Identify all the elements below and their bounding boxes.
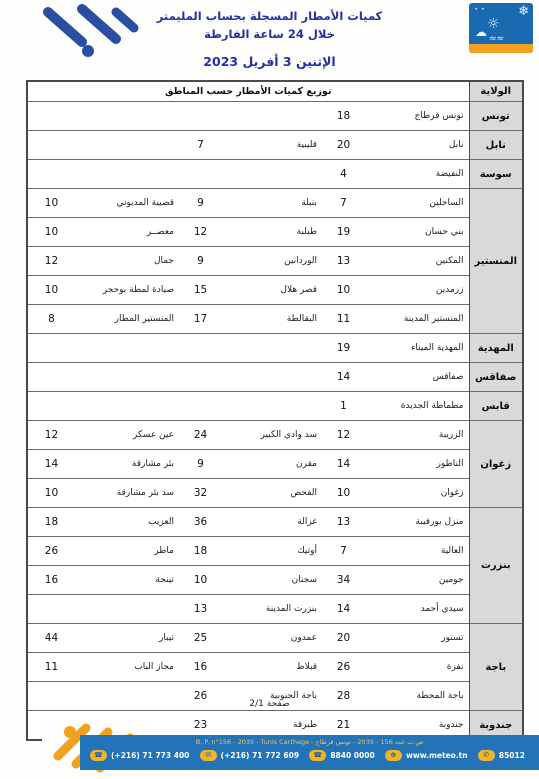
rain-amount: 10 — [27, 218, 75, 247]
governorate-cell: تونس — [469, 102, 523, 131]
footer-contact-phone1: ☎ (+216) 71 773 400 — [90, 750, 189, 761]
station-name: تستور — [365, 624, 469, 653]
governorate-cell: نابل — [469, 131, 523, 160]
station-name: الناظور — [365, 450, 469, 479]
rain-amount: 12 — [27, 421, 75, 450]
rain-amount: 18 — [322, 102, 365, 131]
rainfall-table: الولاية توزيع كميات الأمطار حسب المناطق … — [26, 80, 524, 741]
station-name — [222, 160, 322, 189]
station-name: المكنين — [365, 247, 469, 276]
station-name — [75, 131, 179, 160]
station-name: أوتيك — [222, 537, 322, 566]
station-name: قبلاط — [222, 653, 322, 682]
station-name — [75, 102, 179, 131]
rain-amount: 11 — [322, 305, 365, 334]
rain-amount: 7 — [322, 189, 365, 218]
region-column-header: الولاية — [469, 81, 523, 102]
sms-icon: ✆ — [478, 750, 495, 761]
station-name: تيبار — [75, 624, 179, 653]
rain-amount: 13 — [322, 247, 365, 276]
rain-amount: 12 — [322, 421, 365, 450]
page: { "page": { "title_line1": "كميات الأمطا… — [0, 0, 539, 779]
ministry-weather-logo: ❄ ⋆ ⋆ ☼ ☁ ≈≈ — [469, 3, 533, 53]
rain-amount: 14 — [322, 450, 365, 479]
governorate-cell: زغوان — [469, 421, 523, 508]
table-row: تونستونس قرطاج18 — [27, 102, 523, 131]
rain-amount — [27, 102, 75, 131]
rain-amount: 36 — [179, 508, 222, 537]
rain-amount: 9 — [179, 247, 222, 276]
rain-amount: 17 — [179, 305, 222, 334]
table-row: المنستيرالساحلين7بنبلة9قصيبة المديوني10 — [27, 189, 523, 218]
station-name: تونس قرطاج — [365, 102, 469, 131]
rain-amount: 18 — [179, 537, 222, 566]
station-name: المهدية الميناء — [365, 334, 469, 363]
station-name: بنزرت المدينة — [222, 595, 322, 624]
station-name: المنستير المطار — [75, 305, 179, 334]
station-name: بنبلة — [222, 189, 322, 218]
table-header-row: الولاية توزيع كميات الأمطار حسب المناطق — [27, 81, 523, 102]
station-name: الزريبة — [365, 421, 469, 450]
rain-amount: 16 — [27, 566, 75, 595]
station-name: البقالطة — [222, 305, 322, 334]
rain-amount: 12 — [179, 218, 222, 247]
footer-contact-website-text: www.meteo.tn — [406, 751, 468, 760]
rain-amount: 26 — [27, 537, 75, 566]
table-row: زغوان10الفحص32سد بئر مشارقة10 — [27, 479, 523, 508]
rain-amount: 13 — [322, 508, 365, 537]
rain-amount: 8 — [27, 305, 75, 334]
rain-amount: 19 — [322, 218, 365, 247]
station-name: العالية — [365, 537, 469, 566]
governorate-cell: قابس — [469, 392, 523, 421]
station-name: منزل بورقيبة — [365, 508, 469, 537]
footer-contact-bar: ص.ب عدد 156 - 2035 - تونس قرطاج - B. P. … — [80, 735, 539, 770]
footer-contact-phone1-text: (+216) 71 773 400 — [111, 751, 189, 760]
rain-amount: 1 — [322, 392, 365, 421]
rain-amount: 10 — [27, 189, 75, 218]
rain-amount: 9 — [179, 189, 222, 218]
rain-amount: 9 — [179, 450, 222, 479]
station-name: صيادة لمطة بوحجر — [75, 276, 179, 305]
station-name: زرمدين — [365, 276, 469, 305]
rain-amount — [27, 131, 75, 160]
rain-amount: 12 — [27, 247, 75, 276]
governorate-cell: باجة — [469, 624, 523, 711]
governorate-cell: صفاقس — [469, 363, 523, 392]
station-name: قليبية — [222, 131, 322, 160]
rain-amount: 7 — [322, 537, 365, 566]
station-name: ماطر — [75, 537, 179, 566]
rain-amount: 34 — [322, 566, 365, 595]
rain-amount — [179, 392, 222, 421]
station-name: زغوان — [365, 479, 469, 508]
rain-amount: 24 — [179, 421, 222, 450]
station-name: قصر هلال — [222, 276, 322, 305]
rain-amount: 26 — [322, 653, 365, 682]
rain-amount: 16 — [179, 653, 222, 682]
rain-amount: 25 — [179, 624, 222, 653]
rain-amount: 15 — [179, 276, 222, 305]
report-title: كميات الأمطار المسجلة بحساب المليمتر خلا… — [150, 8, 389, 44]
station-name — [75, 363, 179, 392]
station-name: المنستير المدينة — [365, 305, 469, 334]
station-name: صفاقس — [365, 363, 469, 392]
rain-amount — [27, 595, 75, 624]
rain-amount: 13 — [179, 595, 222, 624]
footer-contact-callcenter-text: 8840 0000 — [330, 751, 374, 760]
report-title-line1: كميات الأمطار المسجلة بحساب المليمتر — [150, 8, 389, 26]
table-row: سوسةالنفيضة4 — [27, 160, 523, 189]
station-name: نفزة — [365, 653, 469, 682]
sun-icon: ☼ — [487, 16, 500, 32]
station-name: النفيضة — [365, 160, 469, 189]
rain-amount: 14 — [322, 363, 365, 392]
rain-amount: 4 — [322, 160, 365, 189]
footer-contact-website: ⊕ www.meteo.tn — [385, 750, 468, 761]
rain-amount: 10 — [179, 566, 222, 595]
rain-amount: 18 — [27, 508, 75, 537]
station-name: بئر مشارقة — [75, 450, 179, 479]
governorate-cell: بنزرت — [469, 508, 523, 624]
rain-amount — [27, 160, 75, 189]
station-name: الساحلين — [365, 189, 469, 218]
report-date: الإثنين 3 أفريل 2023 — [0, 54, 539, 69]
cloud-icon: ☁ — [475, 25, 487, 39]
rain-amount: 20 — [322, 624, 365, 653]
table-row: بنزرتمنزل بورقيبة13غزالة36العزيب18 — [27, 508, 523, 537]
table-row: باجةتستور20عمدون25تيبار44 — [27, 624, 523, 653]
table-row: صفاقسصفاقس14 — [27, 363, 523, 392]
table-row: بني حسان19طبلبة12معصــر10 — [27, 218, 523, 247]
page-number: صفحة 2/1 — [0, 699, 539, 709]
table-row: المكنين13الوردانين9جمال12 — [27, 247, 523, 276]
rain-amount: 19 — [322, 334, 365, 363]
station-name: العزيب — [75, 508, 179, 537]
rain-amount: 7 — [179, 131, 222, 160]
station-name: سد بئر مشارقة — [75, 479, 179, 508]
rain-amount: 10 — [27, 479, 75, 508]
station-name — [75, 392, 179, 421]
rain-amount: 10 — [27, 276, 75, 305]
rain-amount: 14 — [322, 595, 365, 624]
station-name: مجاز الباب — [75, 653, 179, 682]
station-name: مقرن — [222, 450, 322, 479]
rain-amount: 44 — [27, 624, 75, 653]
rain-amount — [179, 363, 222, 392]
rain-amount — [27, 363, 75, 392]
footer-contact-callcenter: ☎ 8840 0000 — [309, 750, 374, 761]
station-name: الفحص — [222, 479, 322, 508]
station-name: طبلبة — [222, 218, 322, 247]
station-name — [222, 392, 322, 421]
table-row: المهديةالمهدية الميناء19 — [27, 334, 523, 363]
footer-contact-fax-text: (+216) 71 772 609 — [221, 751, 299, 760]
station-name — [222, 102, 322, 131]
inm-lines-logo-graphic — [30, 4, 150, 59]
governorate-cell: المنستير — [469, 189, 523, 334]
station-name: سيدي أحمد — [365, 595, 469, 624]
rain-amount: 14 — [27, 450, 75, 479]
station-name: معصــر — [75, 218, 179, 247]
station-name — [75, 595, 179, 624]
station-name: مطماطة الجديدة — [365, 392, 469, 421]
station-name — [75, 160, 179, 189]
station-name: عمدون — [222, 624, 322, 653]
rain-amount: 32 — [179, 479, 222, 508]
station-name: جومين — [365, 566, 469, 595]
station-name — [222, 334, 322, 363]
station-name: غزالة — [222, 508, 322, 537]
table-row: نابلنابل20قليبية7 — [27, 131, 523, 160]
star-icon: ⋆ ⋆ — [474, 5, 485, 13]
station-name — [222, 363, 322, 392]
rain-amount — [179, 334, 222, 363]
rain-table-body: تونستونس قرطاج18نابلنابل20قليبية7سوسةالن… — [27, 102, 523, 741]
waves-icon: ≈≈ — [489, 34, 504, 44]
rain-amount: 10 — [322, 276, 365, 305]
station-name: نابل — [365, 131, 469, 160]
footer-contact-sms: ✆ 85012 — [478, 750, 525, 761]
station-name: قصيبة المديوني — [75, 189, 179, 218]
report-title-line2: خلال 24 ساعة الفارطة — [150, 26, 389, 44]
table-row: المنستير المدينة11البقالطة17المنستير الم… — [27, 305, 523, 334]
station-name — [75, 334, 179, 363]
phone-icon: ☎ — [90, 750, 107, 761]
station-name: تينجة — [75, 566, 179, 595]
logo-yellow-strip — [469, 44, 533, 53]
rain-amount: 11 — [27, 653, 75, 682]
snowflake-icon: ❄ — [518, 4, 529, 19]
table-row: سيدي أحمد14بنزرت المدينة13 — [27, 595, 523, 624]
distribution-column-header: توزيع كميات الأمطار حسب المناطق — [27, 81, 469, 102]
table-row: قابسمطماطة الجديدة1 — [27, 392, 523, 421]
rain-amount — [27, 334, 75, 363]
table-row: جومين34سجنان10تينجة16 — [27, 566, 523, 595]
governorate-cell: سوسة — [469, 160, 523, 189]
footer-contact-fax: ✉ (+216) 71 772 609 — [200, 750, 299, 761]
rain-amount — [179, 160, 222, 189]
rain-amount: 20 — [322, 131, 365, 160]
table-row: زرمدين10قصر هلال15صيادة لمطة بوحجر10 — [27, 276, 523, 305]
table-row: الناظور14مقرن9بئر مشارقة14 — [27, 450, 523, 479]
fax-icon: ✉ — [200, 750, 217, 761]
station-name: سد وادي الكبير — [222, 421, 322, 450]
station-name: جمال — [75, 247, 179, 276]
station-name: بني حسان — [365, 218, 469, 247]
call-center-icon: ☎ — [309, 750, 326, 761]
station-name: الوردانين — [222, 247, 322, 276]
footer-contacts: ☎ (+216) 71 773 400 ✉ (+216) 71 772 609 … — [80, 746, 539, 761]
station-name: سجنان — [222, 566, 322, 595]
footer-address: ص.ب عدد 156 - 2035 - تونس قرطاج - B. P. … — [80, 735, 539, 746]
governorate-cell: المهدية — [469, 334, 523, 363]
table-row: العالية7أوتيك18ماطر26 — [27, 537, 523, 566]
table-row: زغوانالزريبة12سد وادي الكبير24عين عسكر12 — [27, 421, 523, 450]
rain-amount: 10 — [322, 479, 365, 508]
rain-amount — [179, 102, 222, 131]
globe-icon: ⊕ — [385, 750, 402, 761]
rain-amount — [27, 392, 75, 421]
station-name: عين عسكر — [75, 421, 179, 450]
inm-lines-logo — [30, 4, 150, 59]
table-row: نفزة26قبلاط16مجاز الباب11 — [27, 653, 523, 682]
footer-contact-sms-text: 85012 — [499, 751, 525, 760]
